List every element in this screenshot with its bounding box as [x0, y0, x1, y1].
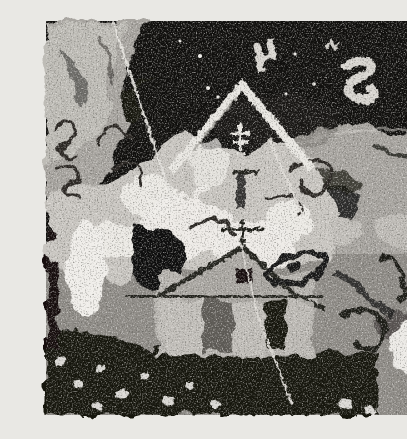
album-artwork: [40, 16, 407, 423]
grain-overlay: [46, 21, 407, 415]
artwork-canvas: [40, 16, 407, 423]
